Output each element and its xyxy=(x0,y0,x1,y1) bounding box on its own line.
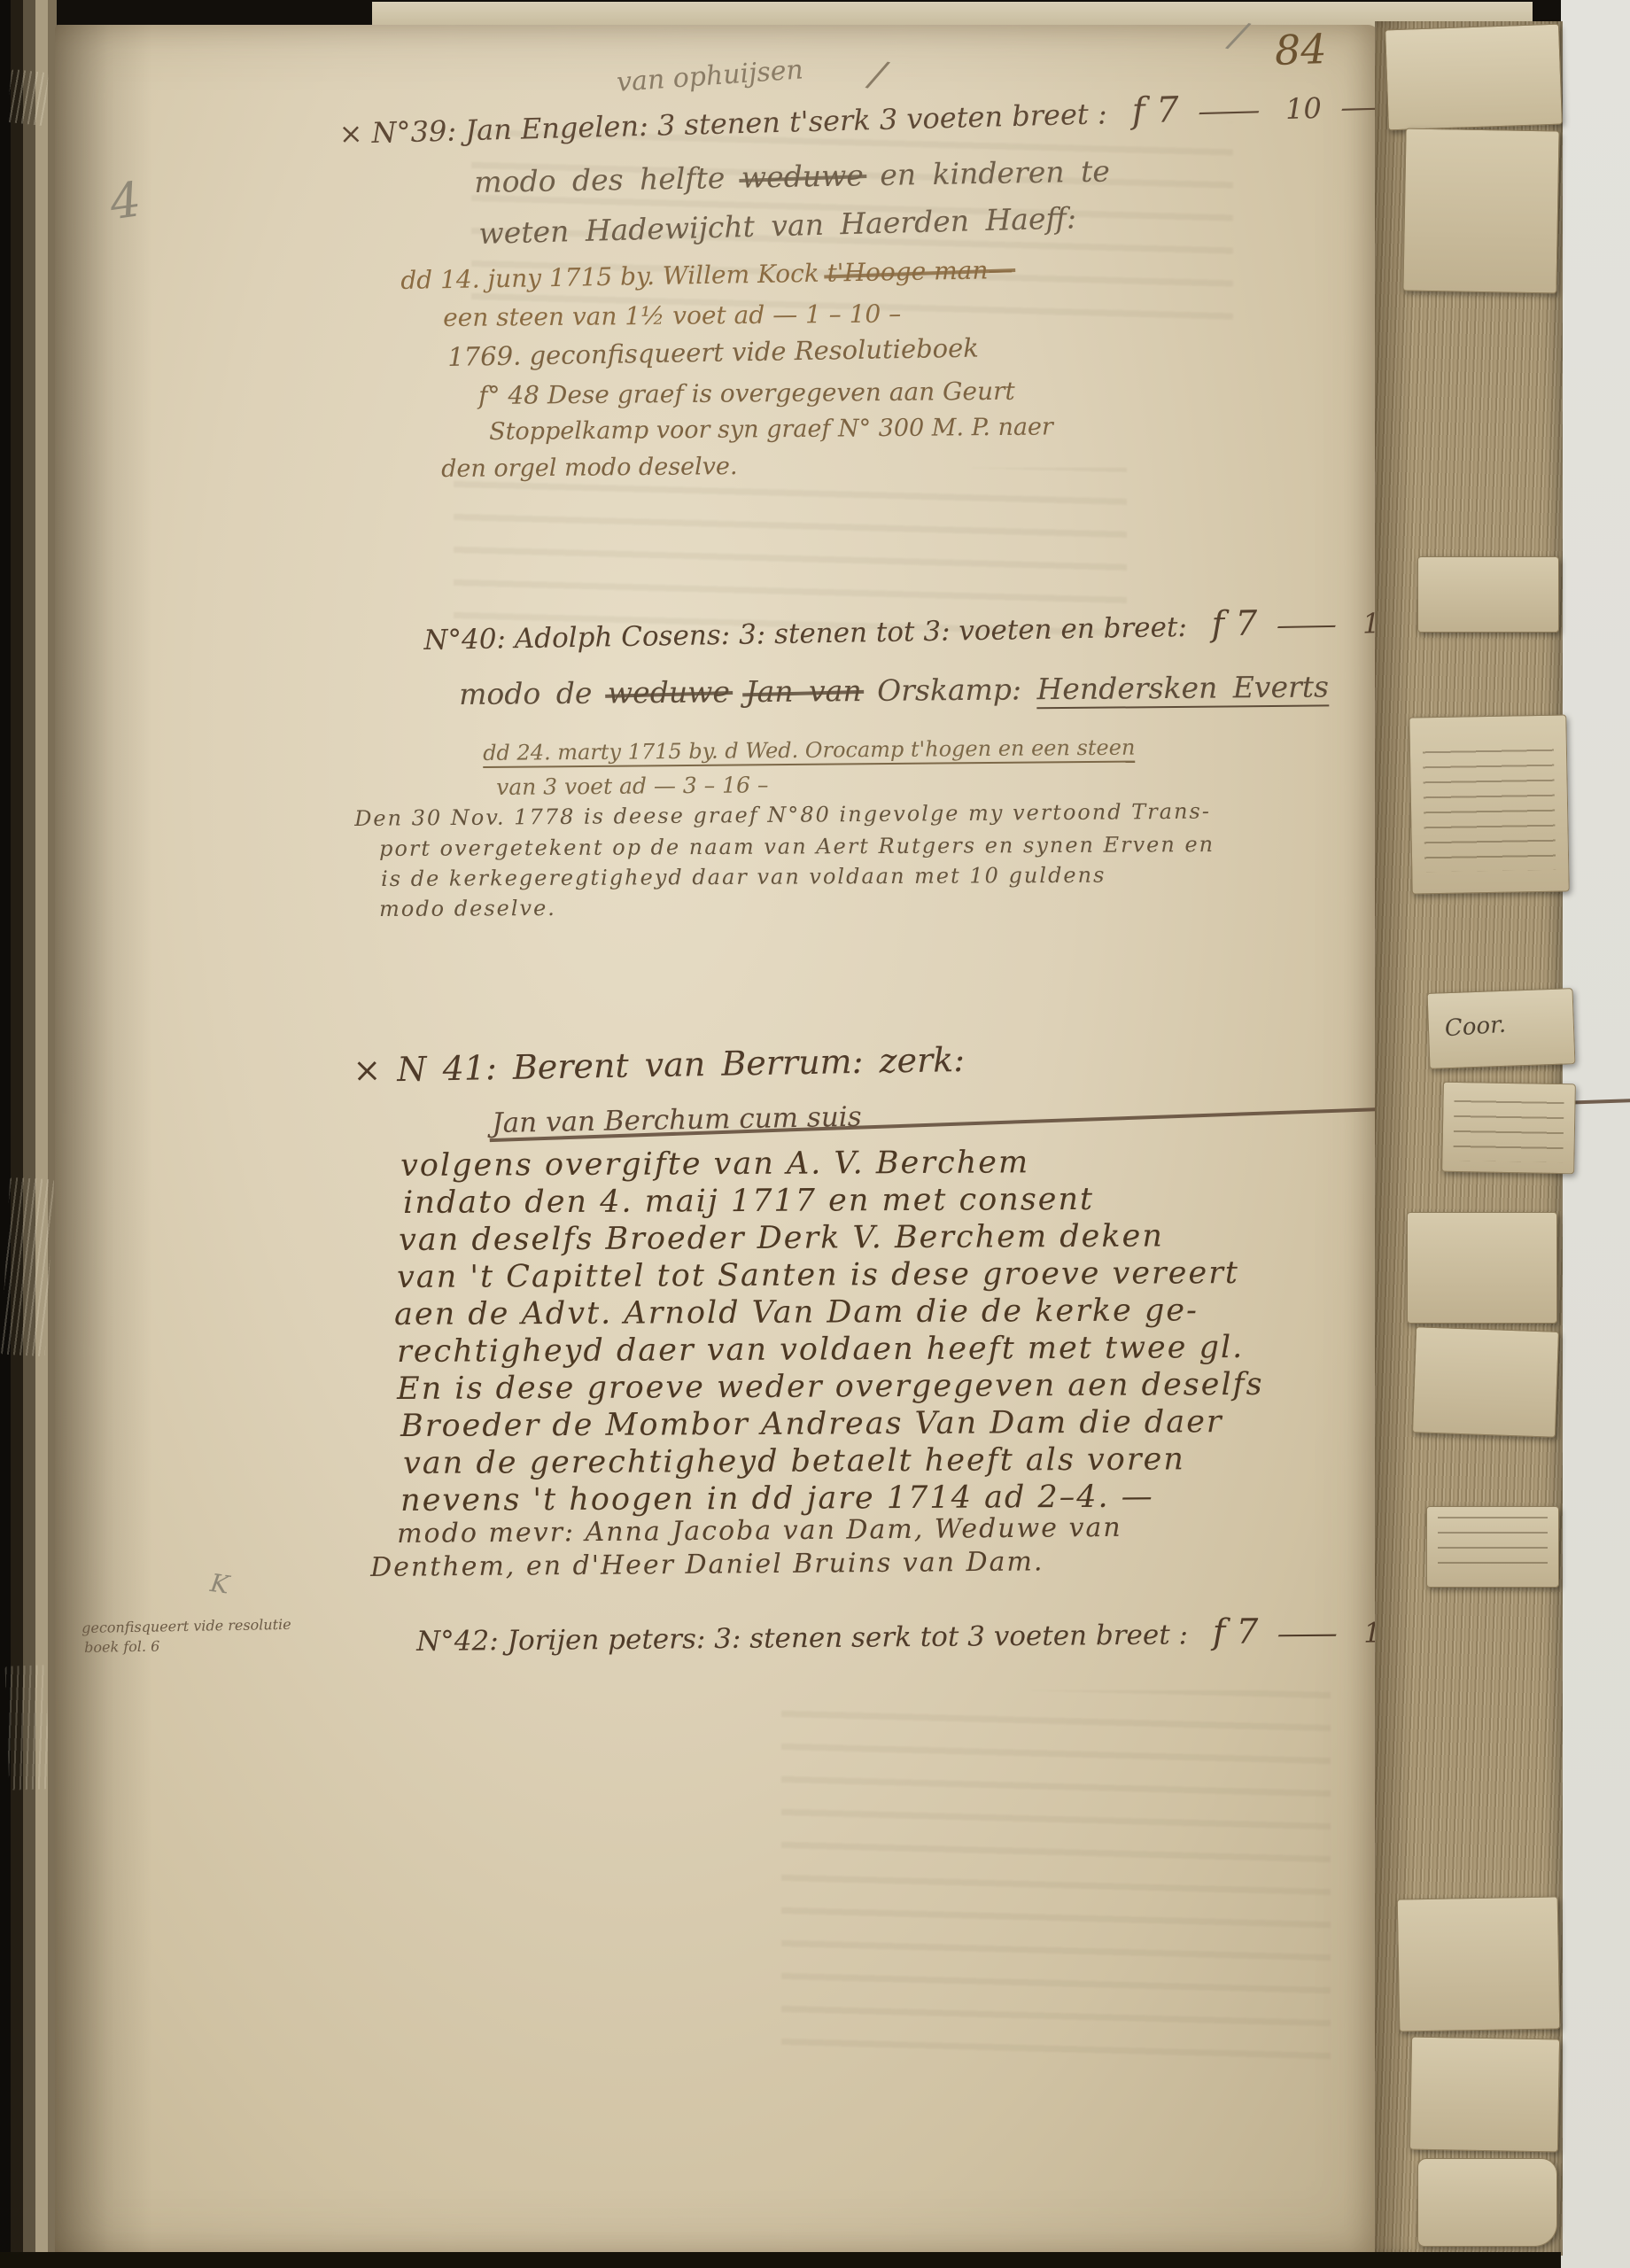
parchment-tab xyxy=(1426,1506,1559,1588)
parchment-tab xyxy=(1385,24,1563,131)
margin-k-mark: K xyxy=(208,1568,230,1600)
entry-40-line-modo: modo de weduwe Jan van Orskamp: Hendersk… xyxy=(459,669,1329,711)
entry-39-line-f48: f° 48 Dese graef is overgegeven aan Geur… xyxy=(478,377,1015,410)
parchment-tab xyxy=(1407,1212,1557,1324)
entry-40-line-3voet: van 3 voet ad — 3 – 16 – xyxy=(496,772,769,800)
entry-40-note-line2: port overgetekent op de naam van Aert Ru… xyxy=(379,832,1215,861)
entry-41-par-line4: van 't Capittel tot Santen is dese groev… xyxy=(397,1255,1239,1295)
entry-42-amount-dash1: — xyxy=(1276,1618,1339,1651)
prior-page-fragment xyxy=(1,1177,54,1356)
parchment-tab xyxy=(1412,1326,1559,1438)
entry-41-par-line5: aen de Advt. Arnold Van Dam die de kerke… xyxy=(394,1293,1199,1332)
entry-40-line-1715: dd 24. marty 1715 by. d Wed. Orocamp t'h… xyxy=(483,735,1136,768)
parchment-tab xyxy=(1417,2158,1557,2247)
entry-40-underlined-hendersken: Hendersken Everts xyxy=(1036,669,1329,709)
tab-label-coor: Coor. xyxy=(1444,1012,1507,1043)
entry-39-amount-stuivers: 10 xyxy=(1285,91,1323,126)
parchment-tab xyxy=(1409,714,1569,894)
parchment-tab-coor: Coor. xyxy=(1427,988,1576,1069)
entry-40-note-line3: is de kerkegeregtigheyd daar van voldaan… xyxy=(381,863,1106,891)
gutter-shadow xyxy=(55,25,152,2256)
tab-writing-lines xyxy=(1423,736,1556,872)
parchment-tab xyxy=(1441,1082,1576,1175)
entry-39-line-steen: een steen van 1½ voet ad — 1 – 10 – xyxy=(443,299,901,332)
entry-42-amount-florins: f 7 xyxy=(1213,1612,1259,1652)
parchment-tab xyxy=(1402,128,1559,293)
bottom-shadow-bar xyxy=(0,2252,1561,2268)
entry-39-line-modo-c: en kinderen te xyxy=(863,153,1110,192)
parchment-tab xyxy=(1417,556,1559,633)
entry-41-par-line8: Broeder de Mombor Andreas Van Dam die da… xyxy=(400,1404,1223,1444)
entry-40-line-modo-a: modo de xyxy=(459,676,608,711)
entry-39-line-stoppelkamp: Stoppelkamp voor syn graef N° 300 M. P. … xyxy=(489,413,1053,446)
entry-41-par-line1: volgens overgifte van A. V. Berchem xyxy=(400,1145,1029,1184)
entry-41-par-line2: indato den 4. maij 1717 en met consent xyxy=(403,1182,1094,1221)
entry-40-amount-florins: f 7 xyxy=(1211,604,1257,645)
entry-39-line-modo-a: modo des helfte xyxy=(474,160,741,199)
entry-39-line-orgel: den orgel modo deselve. xyxy=(441,453,738,483)
entry-41-par-line3: van deselfs Broeder Derk V. Berchem deke… xyxy=(399,1218,1164,1258)
entry-40-struck-weduwe: weduwe xyxy=(608,674,730,710)
tab-writing-lines xyxy=(1453,1093,1564,1162)
entry-39-amount-florins: f 7 xyxy=(1131,89,1179,131)
entry-42-header-text: N°42: Jorijen peters: 3: stenen serk tot… xyxy=(416,1619,1188,1658)
page-number: 84 xyxy=(1274,25,1327,74)
entry-39-amount-dash1: — xyxy=(1196,93,1262,128)
entry-40-amount-dash1: — xyxy=(1275,609,1339,641)
parchment-tab xyxy=(1397,1896,1561,2031)
prior-page-fragment xyxy=(6,69,49,126)
entry-40-note-line4: modo deselve. xyxy=(379,896,556,921)
entry-39-struck-hoogeman: t'Hooge man— xyxy=(827,255,1013,288)
ink-bleedthrough xyxy=(781,1690,1331,2071)
entry-41-par-line9: van de gerechtigheyd betaelt heeft als v… xyxy=(403,1441,1185,1481)
parchment-tab xyxy=(1409,2037,1560,2153)
entry-39-struck-weduwe: weduwe xyxy=(741,158,865,194)
book-binding-edge xyxy=(0,0,57,2268)
entry-41-par-line12: Denthem, en d'Heer Daniel Bruins van Dam… xyxy=(370,1546,1044,1583)
entry-40-line-modo-e: Orskamp: xyxy=(861,672,1036,708)
manuscript-photo: / 84 van ophuijsen / 4 × N°39: Jan Engel… xyxy=(0,0,1630,2268)
margin-note-line2: boek fol. 6 xyxy=(84,1638,159,1656)
tab-writing-lines xyxy=(1438,1517,1548,1577)
entry-40-struck-janvan: Jan van xyxy=(745,673,862,709)
entry-41-par-line7: En is dese groeve weder overgegeven aen … xyxy=(397,1367,1264,1407)
prior-page-fragment xyxy=(5,1665,50,1790)
entry-41-par-line6: rechtigheyd daer van voldaen heeft met t… xyxy=(397,1330,1244,1370)
entry-41-par-line11: modo mevr: Anna Jacoba van Dam, Weduwe v… xyxy=(397,1512,1122,1550)
